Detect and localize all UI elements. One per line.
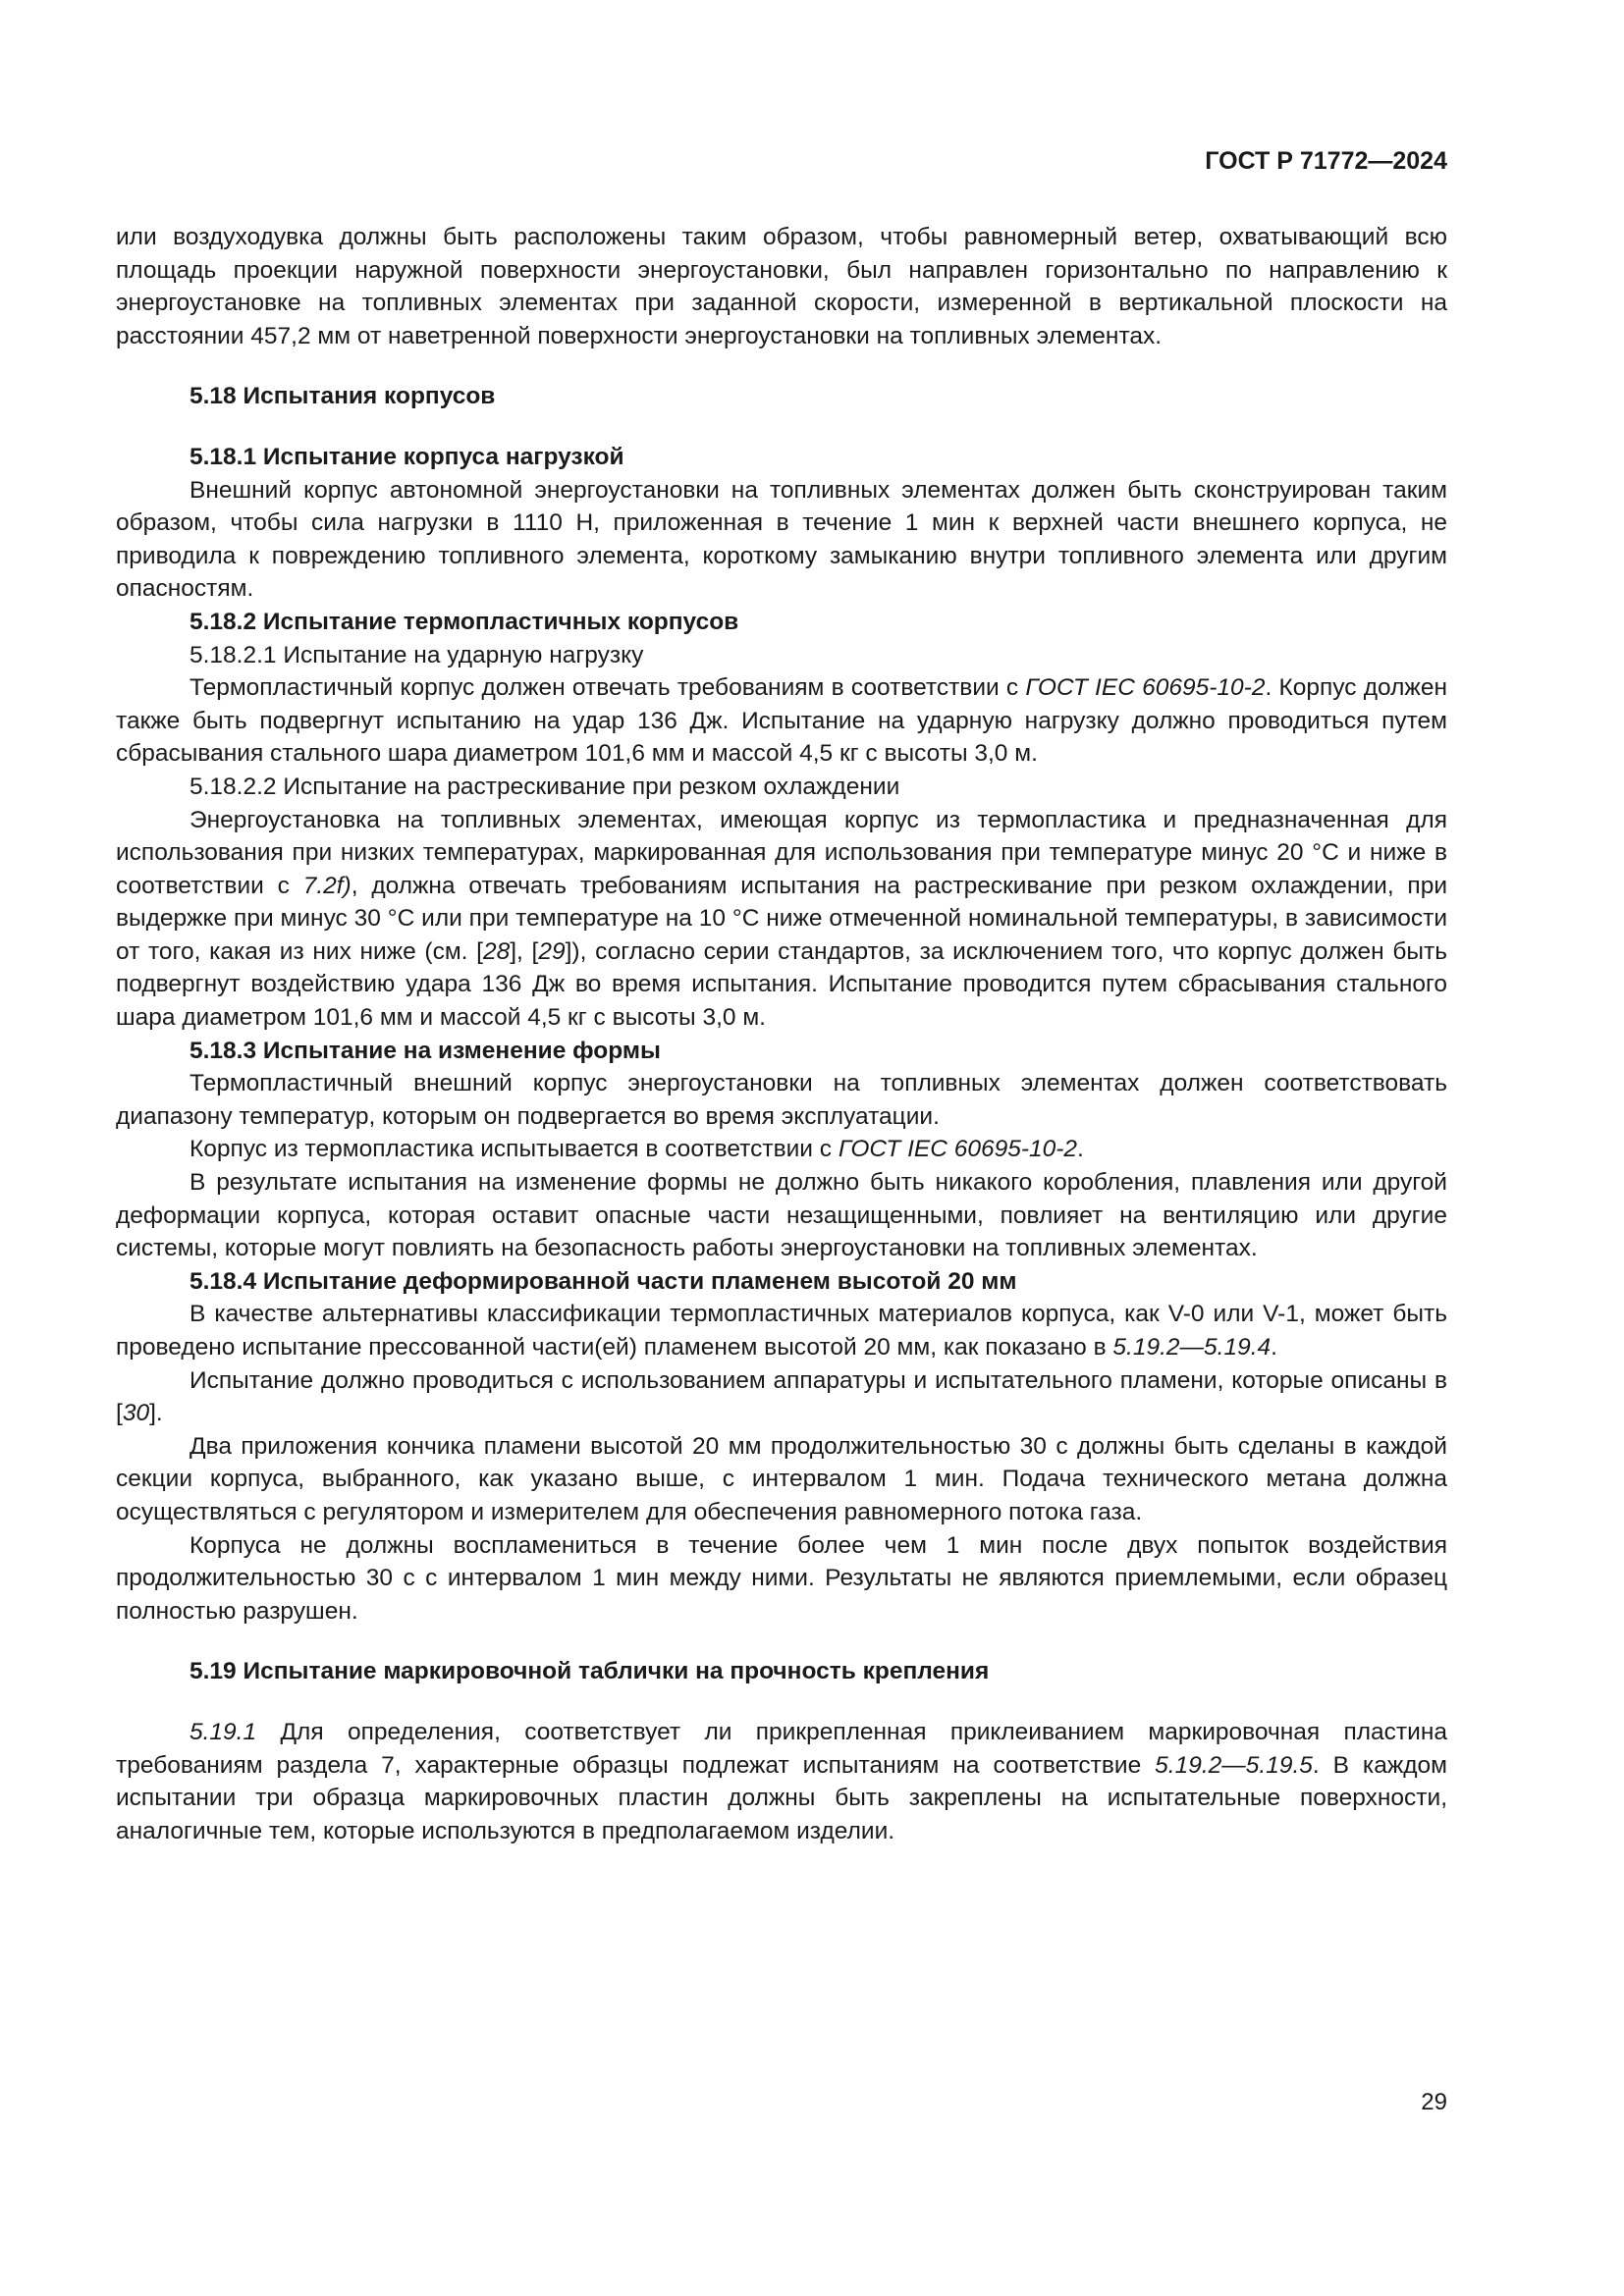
clause-heading-5-18-2-1: 5.18.2.1 Испытание на ударную нагрузку	[116, 639, 1447, 672]
standard-reference: ГОСТ IEC 60695-10-2	[1025, 674, 1265, 701]
page-number: 29	[1421, 2089, 1447, 2116]
paragraph-5-18-2-1: Термопластичный корпус должен отвечать т…	[116, 671, 1447, 771]
bibliography-reference: 30	[123, 1400, 149, 1426]
paragraph-5-18-2-2: Энергоустановка на топливных элементах, …	[116, 804, 1447, 1035]
paragraph-5-18-4-1: В качестве альтернативы классификации те…	[116, 1298, 1447, 1363]
bibliography-reference: 29	[538, 938, 565, 965]
standard-reference: ГОСТ IEC 60695-10-2	[839, 1136, 1077, 1162]
text-run: Корпус из термопластика испытывается в с…	[189, 1136, 839, 1162]
subsection-heading-5-18-3: 5.18.3 Испытание на изменение формы	[116, 1035, 1447, 1068]
paragraph-5-18-3-1: Термопластичный внешний корпус энергоуст…	[116, 1067, 1447, 1133]
paragraph-5-18-4-3: Два приложения кончика пламени высотой 2…	[116, 1430, 1447, 1529]
text-run: ].	[149, 1400, 163, 1426]
bibliography-reference: 28	[483, 938, 510, 965]
clause-reference: 5.19.2—5.19.4	[1112, 1334, 1271, 1361]
paragraph-continued: или воздуходувка должны быть расположены…	[116, 221, 1447, 352]
subsection-heading-5-18-1: 5.18.1 Испытание корпуса нагрузкой	[116, 441, 1447, 474]
clause-reference: 5.19.2—5.19.5	[1155, 1752, 1313, 1779]
document-id-header: ГОСТ Р 71772—2024	[1205, 147, 1447, 176]
section-heading-5-18: 5.18 Испытания корпусов	[116, 380, 1447, 413]
paragraph-5-18-3-2: Корпус из термопластика испытывается в с…	[116, 1133, 1447, 1166]
text-run: Термопластичный корпус должен отвечать т…	[189, 674, 1025, 701]
paragraph-5-18-1: Внешний корпус автономной энергоустановк…	[116, 474, 1447, 606]
text-run: Испытание должно проводиться с использов…	[116, 1367, 1447, 1427]
text-run: .	[1271, 1334, 1277, 1361]
paragraph-5-18-3-3: В результате испытания на изменение форм…	[116, 1166, 1447, 1265]
section-heading-5-19: 5.19 Испытание маркировочной таблички на…	[116, 1655, 1447, 1688]
clause-number: 5.19.1	[189, 1719, 256, 1745]
subsection-heading-5-18-4: 5.18.4 Испытание деформированной части п…	[116, 1265, 1447, 1299]
clause-heading-5-18-2-2: 5.18.2.2 Испытание на растрескивание при…	[116, 771, 1447, 804]
clause-reference: 7.2f)	[303, 873, 352, 899]
paragraph-5-19-1: 5.19.1 Для определения, соответствует ли…	[116, 1716, 1447, 1847]
text-run: ], [	[510, 938, 538, 965]
subsection-heading-5-18-2: 5.18.2 Испытание термопластичных корпусо…	[116, 606, 1447, 639]
document-body: или воздуходувка должны быть расположены…	[116, 221, 1447, 1847]
paragraph-5-18-4-2: Испытание должно проводиться с использов…	[116, 1364, 1447, 1430]
text-run: .	[1077, 1136, 1084, 1162]
paragraph-5-18-4-4: Корпуса не должны воспламениться в течен…	[116, 1529, 1447, 1629]
